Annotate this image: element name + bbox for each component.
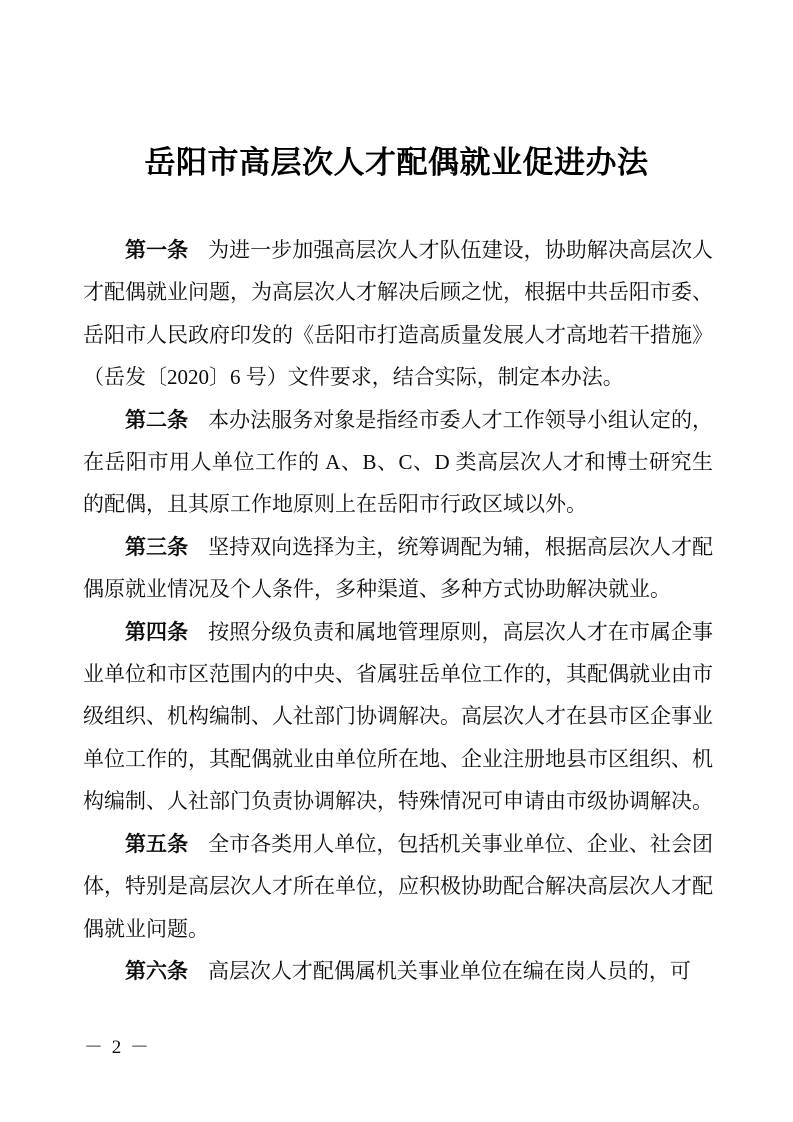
article-paragraph: 第六条高层次人才配偶属机关事业单位在编在岗人员的，可 <box>83 950 713 992</box>
article-paragraph: 第三条坚持双向选择为主，统筹调配为辅，根据高层次人才配偶原就业情况及个人条件，多… <box>83 526 713 611</box>
article-paragraph: 第四条按照分级负责和属地管理原则，高层次人才在市属企事业单位和市区范围内的中央、… <box>83 611 713 823</box>
article-label: 第二条 <box>125 408 188 432</box>
document-body: 第一条为进一步加强高层次人才队伍建设，协助解决高层次人才配偶就业问题，为高层次人… <box>83 229 713 992</box>
article-label: 第四条 <box>125 620 188 644</box>
article-paragraph: 第一条为进一步加强高层次人才队伍建设，协助解决高层次人才配偶就业问题，为高层次人… <box>83 229 713 399</box>
article-paragraph: 第二条本办法服务对象是指经市委人才工作领导小组认定的，在岳阳市用人单位工作的 A… <box>83 399 713 526</box>
article-text: 按照分级负责和属地管理原则，高层次人才在市属企事业单位和市区范围内的中央、省属驻… <box>83 620 713 814</box>
article-label: 第一条 <box>125 238 188 262</box>
article-paragraph: 第五条全市各类用人单位，包括机关事业单位、企业、社会团体，特别是高层次人才所在单… <box>83 823 713 950</box>
article-label: 第三条 <box>125 535 188 559</box>
article-label: 第五条 <box>125 832 188 856</box>
page-number: － 2 － <box>84 1035 151 1061</box>
article-text: 高层次人才配偶属机关事业单位在编在岗人员的，可 <box>208 959 691 983</box>
document-title: 岳阳市高层次人才配偶就业促进办法 <box>0 0 793 183</box>
document-page: 岳阳市高层次人才配偶就业促进办法 第一条为进一步加强高层次人才队伍建设，协助解决… <box>0 0 793 1122</box>
article-label: 第六条 <box>125 959 188 983</box>
